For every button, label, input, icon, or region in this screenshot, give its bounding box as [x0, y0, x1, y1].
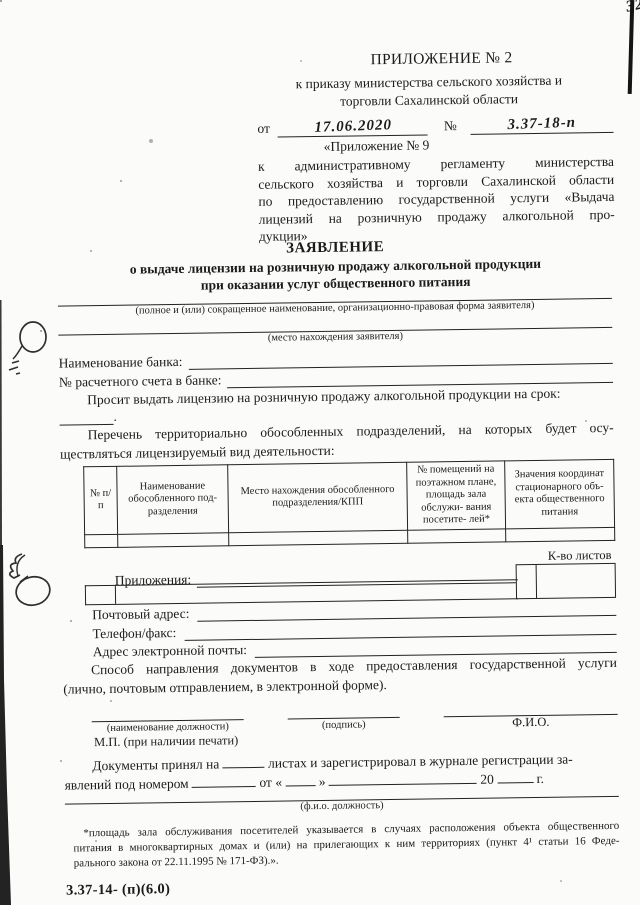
registration-text: листах и зарегистрировал в журнале регис…: [268, 752, 573, 771]
empty-cell: [506, 527, 615, 542]
postal-address-label: Почтовый адрес:: [92, 606, 189, 623]
units-col-name: Наименование обособленного под- разделен…: [117, 465, 229, 534]
signature-column: (подпись): [288, 704, 400, 733]
registration-text: »: [319, 774, 326, 789]
sheets-count-cell: [516, 562, 616, 598]
units-col-coordinates: Значения координат стационарного объ- ек…: [505, 459, 615, 528]
units-table: № п/п Наименование обособленного под- ра…: [83, 459, 615, 548]
registration-text: явлений под номером: [65, 776, 189, 793]
bank-name-label: Наименование банка:: [59, 354, 183, 372]
empty-cell: [229, 530, 408, 545]
phone-fax-label: Телефон/факс:: [92, 625, 176, 642]
handwritten-number: 3.37-18-п: [508, 114, 577, 134]
sheets-count-label: К-во листов: [548, 547, 612, 562]
empty-cell: [118, 532, 229, 547]
cell-divider: [536, 564, 537, 597]
sheets-blank: [223, 754, 265, 769]
units-col-number: № п/п: [84, 466, 118, 534]
form-body: (полное и (или) сокращенное наименование…: [58, 293, 620, 900]
footnote: *площадь зала обслуживания посетителей у…: [65, 819, 620, 872]
date-blank: 17.06.2020: [278, 116, 428, 137]
scan-noise-specks: [0, 0, 2, 2]
empty-cell: [408, 528, 506, 542]
handwritten-date: 17.06.2020: [314, 116, 392, 137]
order-date-row: от 17.06.2020 № 3.37-18-п: [245, 109, 613, 138]
short-blank-tail: .: [113, 409, 117, 425]
appendix-header: ПРИЛОЖЕНИЕ № 2 к приказу министерства се…: [244, 46, 615, 246]
appendix-title: ПРИЛОЖЕНИЕ № 2: [244, 46, 612, 72]
attachments-section: К-во листов Приложения:: [61, 547, 616, 605]
number-prefix: №: [444, 117, 457, 135]
form-code: 3.37-14- (п)(6.0): [66, 875, 620, 900]
document-title: ЗАЯВЛЕНИЕ о выдаче лицензии на розничную…: [57, 236, 614, 296]
date-prefix: от: [257, 120, 270, 138]
registration-text: от «: [259, 775, 282, 790]
number-blank: [192, 773, 256, 788]
month-blank: [329, 770, 477, 786]
number-blank: 3.37-18-п: [471, 114, 614, 135]
empty-cell: [85, 534, 118, 547]
signature-caption: (подпись): [288, 718, 400, 733]
license-term-blank: [59, 411, 113, 426]
registration-text: г.: [536, 771, 544, 786]
cell-divider: [115, 585, 116, 603]
year-blank: [497, 769, 533, 784]
document-content: ПРИЛОЖЕНИЕ № 2 к приказу министерства се…: [0, 0, 640, 905]
units-col-rooms: № помещений на поэтажном плане, площадь …: [407, 461, 506, 530]
fio-column: Ф.И.О.: [444, 701, 618, 730]
regulation-block: к административному регламенту министерс…: [246, 153, 615, 246]
day-blank: [285, 772, 315, 786]
position-column: (наименование должности): [92, 706, 244, 735]
fio-caption: Ф.И.О.: [444, 715, 618, 730]
registration-text: Документы принял на: [92, 756, 219, 773]
scanned-document-page: ПРИЛОЖЕНИЕ № 2 к приказу министерства се…: [0, 0, 640, 905]
units-col-location: Место нахождения обособленного подраздел…: [228, 462, 408, 532]
registration-text: 20: [480, 772, 494, 787]
units-table-header-row: № п/п Наименование обособленного под- ра…: [84, 459, 615, 534]
